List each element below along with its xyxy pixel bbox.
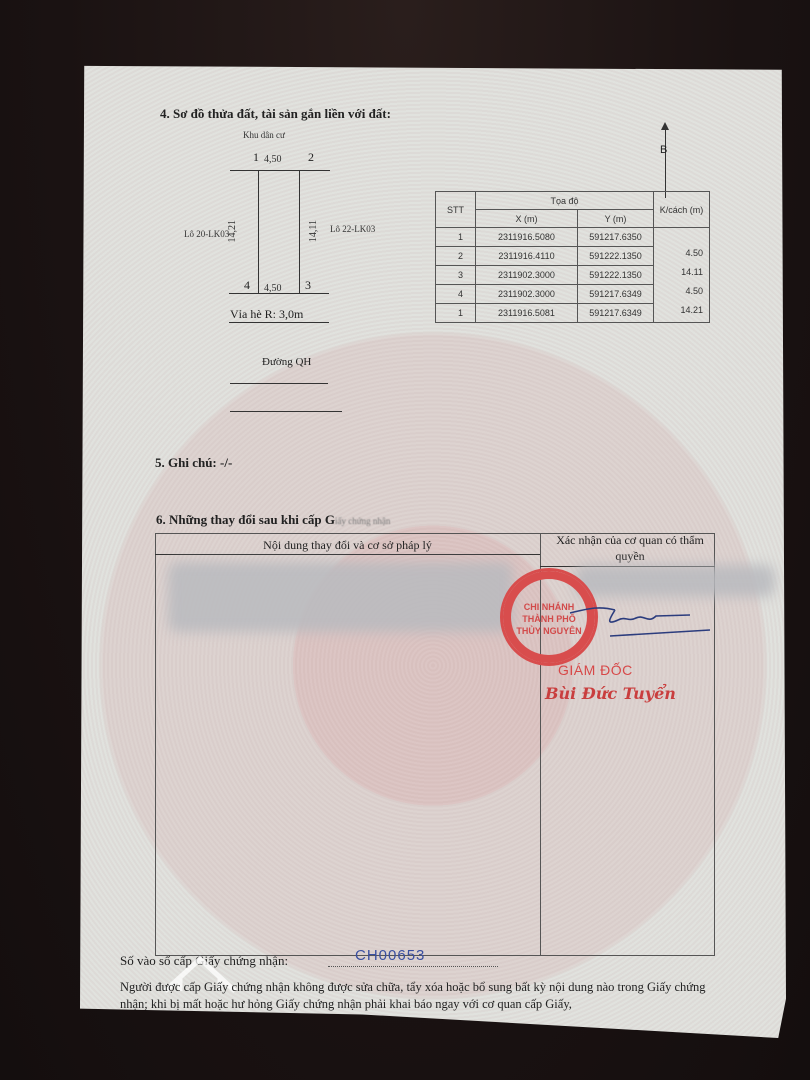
corner-label-1: 1 (253, 150, 259, 165)
row-y: 591222.1350 (578, 247, 654, 266)
corner-label-4: 4 (244, 278, 250, 293)
header-x: X (m) (476, 210, 578, 228)
row-x: 2311916.5081 (476, 304, 578, 323)
dimension-top: 4,50 (264, 154, 282, 165)
signer-title: GIÁM ĐỐC (558, 662, 633, 678)
row-x: 2311902.3000 (476, 285, 578, 304)
north-arrow-icon (661, 122, 669, 130)
row-stt: 1 (436, 304, 476, 323)
signature-icon (560, 598, 730, 648)
row-stt: 1 (436, 228, 476, 247)
left-neighbor-label: Lô 20-LK03 (184, 229, 229, 239)
distance-column: 4.50 14.11 4.50 14.21 (654, 228, 710, 323)
row-stt: 3 (436, 266, 476, 285)
row-stt: 4 (436, 285, 476, 304)
col-content-header: Nội dung thay đổi và cơ sở pháp lý (155, 538, 540, 553)
coordinate-table: STT Tọa độ K/cách (m) X (m) Y (m) 1 2311… (435, 191, 710, 323)
section-6-heading: 6. Những thay đổi sau khi cấp Giấy chứng… (156, 512, 390, 528)
registration-number: CH00653 (355, 947, 425, 964)
row-x: 2311916.4110 (476, 247, 578, 266)
row-x: 2311916.5080 (476, 228, 578, 247)
row-y: 591217.6349 (578, 285, 654, 304)
distance-2-3: 14.11 (658, 263, 703, 282)
registration-dotted-line (328, 966, 498, 967)
road-line-2 (230, 411, 342, 412)
signer-name: Bùi Đức Tuyển (545, 684, 676, 703)
row-stt: 2 (436, 247, 476, 266)
section-6-heading-obscured: iấy chứng nhận (335, 516, 390, 526)
sidewalk-label: Vỉa hè R: 3,0m (230, 307, 303, 322)
redacted-confirm-content (575, 565, 775, 597)
header-stt: STT (436, 192, 476, 228)
table-row: 1 2311916.5080 591217.6350 4.50 14.11 4.… (436, 228, 710, 247)
section-5-heading: 5. Ghi chú: -/- (155, 455, 232, 471)
sketch-bottom-line (229, 293, 329, 294)
row-y: 591217.6350 (578, 228, 654, 247)
row-x: 2311902.3000 (476, 266, 578, 285)
section-4-heading: 4. Sơ đồ thửa đất, tài sản gắn liền với … (160, 106, 391, 122)
distance-4-1: 14.21 (658, 301, 703, 320)
changes-header-underline (155, 554, 540, 555)
corner-label-3: 3 (305, 278, 311, 293)
distance-3-4: 4.50 (658, 282, 703, 301)
header-y: Y (m) (578, 210, 654, 228)
land-certificate-page: 4. Sơ đồ thửa đất, tài sản gắn liền với … (80, 58, 786, 1038)
sketch-top-line (230, 170, 330, 171)
right-neighbor-label: Lô 22-LK03 (330, 224, 375, 234)
north-arrow-shaft (665, 128, 666, 198)
sketch-left-boundary (258, 170, 259, 293)
road-label: Đường QH (262, 356, 311, 368)
col-confirm-header: Xác nhận của cơ quan có thẩm quyền (550, 532, 710, 564)
corner-label-2: 2 (308, 150, 314, 165)
sidewalk-line (229, 322, 329, 323)
certificate-notice: Người được cấp Giấy chứng nhận không đượ… (120, 979, 710, 1013)
dimension-right: 14,11 (308, 220, 319, 242)
sketch-right-boundary (299, 170, 300, 293)
row-y: 591217.6349 (578, 304, 654, 323)
road-line-1 (230, 383, 328, 384)
distance-1-2: 4.50 (658, 244, 703, 263)
header-coords: Tọa độ (476, 192, 654, 210)
section-6-heading-text: 6. Những thay đổi sau khi cấp G (156, 512, 335, 527)
redacted-change-content (168, 562, 513, 632)
header-distance: K/cách (m) (654, 192, 710, 228)
row-y: 591222.1350 (578, 266, 654, 285)
north-label: B (660, 144, 667, 156)
sketch-top-label: Khu dân cư (243, 130, 285, 140)
